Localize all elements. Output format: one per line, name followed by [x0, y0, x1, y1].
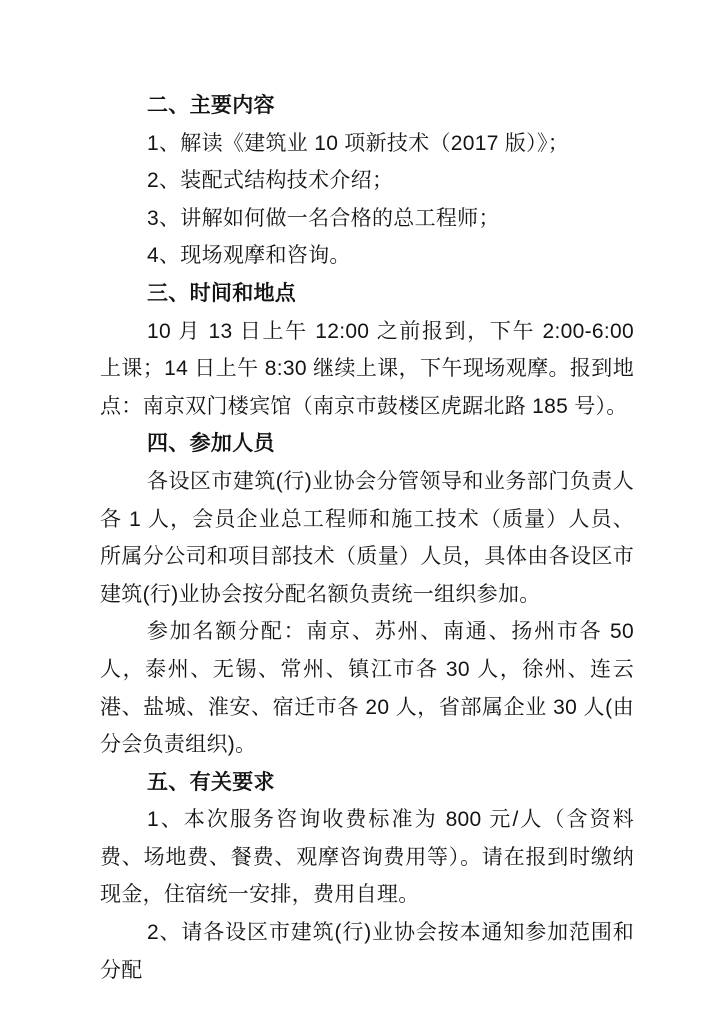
paragraph: 4、现场观摩和咨询。 [100, 237, 634, 275]
paragraph: 1、本次服务咨询收费标准为 800 元/人（含资料费、场地费、餐费、观摩咨询费用… [100, 801, 634, 914]
paragraph: 2、装配式结构技术介绍； [100, 162, 634, 200]
paragraph: 2、请各设区市建筑(行)业协会按本通知参加范围和分配 [100, 914, 634, 989]
paragraph: 1、解读《建筑业 10 项新技术（2017 版）》； [100, 125, 634, 163]
document-page: 二、主要内容 1、解读《建筑业 10 项新技术（2017 版）》； 2、装配式结… [100, 87, 634, 989]
section-heading: 五、有关要求 [100, 764, 634, 802]
paragraph: 10 月 13 日上午 12:00 之前报到，下午 2:00-6:00 上课；1… [100, 313, 634, 426]
paragraph: 参加名额分配：南京、苏州、南通、扬州市各 50 人，泰州、无锡、常州、镇江市各 … [100, 613, 634, 763]
section-main-content: 二、主要内容 1、解读《建筑业 10 项新技术（2017 版）》； 2、装配式结… [100, 87, 634, 275]
paragraph: 3、讲解如何做一名合格的总工程师； [100, 200, 634, 238]
section-participants: 四、参加人员 各设区市建筑(行)业协会分管领导和业务部门负责人各 1 人，会员企… [100, 425, 634, 763]
section-heading: 三、时间和地点 [100, 275, 634, 313]
section-heading: 四、参加人员 [100, 425, 634, 463]
section-heading: 二、主要内容 [100, 87, 634, 125]
paragraph: 各设区市建筑(行)业协会分管领导和业务部门负责人各 1 人，会员企业总工程师和施… [100, 463, 634, 613]
section-time-and-place: 三、时间和地点 10 月 13 日上午 12:00 之前报到，下午 2:00-6… [100, 275, 634, 425]
section-requirements: 五、有关要求 1、本次服务咨询收费标准为 800 元/人（含资料费、场地费、餐费… [100, 764, 634, 990]
